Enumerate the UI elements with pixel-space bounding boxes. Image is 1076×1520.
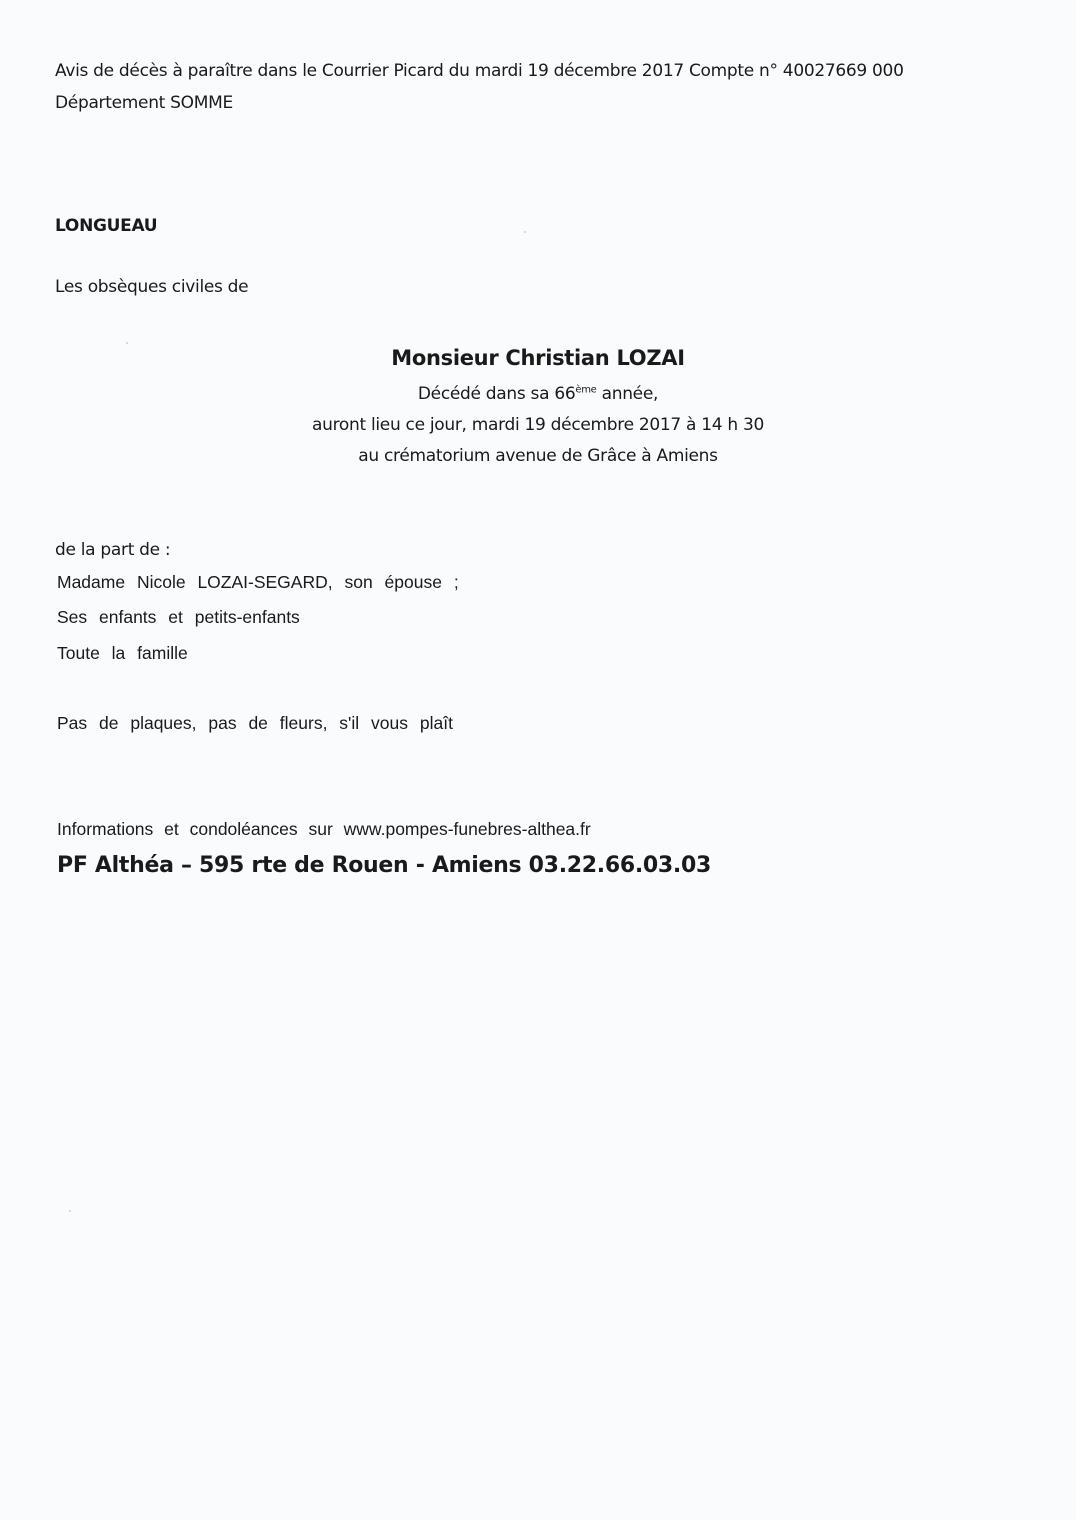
scan-speck	[69, 1210, 71, 1212]
family-member-all: Toute la famille	[57, 643, 188, 664]
family-member-spouse: Madame Nicole LOZAI-SEGARD, son épouse ;	[57, 572, 459, 593]
deceased-name: Monsieur Christian LOZAI	[0, 346, 1076, 370]
scan-speck	[126, 342, 128, 344]
location-line: au crématorium avenue de Grâce à Amiens	[0, 446, 1076, 466]
department-line: Département SOMME	[55, 93, 233, 113]
intro-line: Les obsèques civiles de	[55, 277, 248, 297]
age-suffix: année,	[597, 384, 659, 404]
no-flowers-note: Pas de plaques, pas de fleurs, s'il vous…	[57, 713, 453, 734]
ceremony-line: auront lieu ce jour, mardi 19 décembre 2…	[0, 415, 1076, 435]
obituary-notice-page: Avis de décès à paraître dans le Courrie…	[0, 0, 1076, 1520]
town-name: LONGUEAU	[55, 216, 157, 236]
funeral-home-line: PF Althéa – 595 rte de Rouen - Amiens 03…	[57, 853, 711, 878]
age-line: Décédé dans sa 66ème année,	[0, 384, 1076, 404]
age-superscript: ème	[575, 384, 596, 395]
info-line: Informations et condoléances sur www.pom…	[57, 819, 591, 840]
scan-speck	[524, 231, 526, 233]
publication-header: Avis de décès à paraître dans le Courrie…	[55, 61, 904, 81]
age-prefix: Décédé dans sa 66	[418, 384, 575, 404]
family-member-children: Ses enfants et petits-enfants	[57, 607, 300, 628]
from-label: de la part de :	[55, 540, 170, 560]
